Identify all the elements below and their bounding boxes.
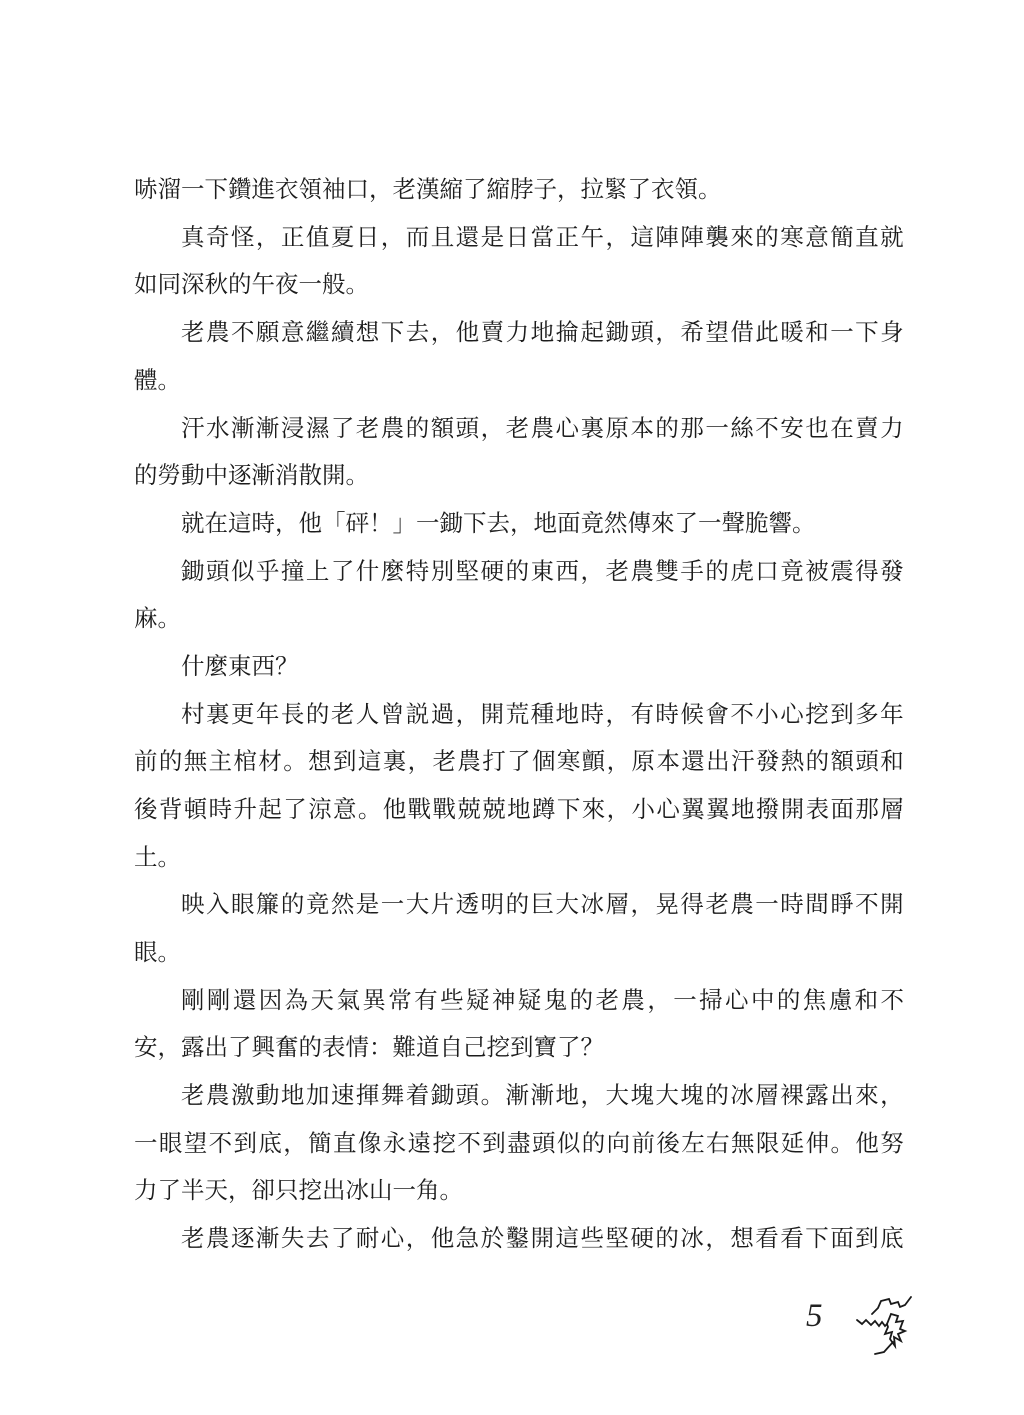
- text-line: 哧溜一下鑽進衣領袖口，老漢縮了縮脖子，拉緊了衣領。: [134, 166, 904, 214]
- book-page: 哧溜一下鑽進衣領袖口，老漢縮了縮脖子，拉緊了衣領。真奇怪，正值夏日，而且還是日當…: [0, 0, 1024, 1415]
- text-line: 土。: [134, 834, 904, 882]
- text-line: 映入眼簾的竟然是一大片透明的巨大冰層，晃得老農一時間睜不開: [134, 881, 904, 929]
- text-line: 老農逐漸失去了耐心，他急於鑿開這些堅硬的冰，想看看下面到底: [134, 1215, 904, 1263]
- text-line: 如同深秋的午夜一般。: [134, 261, 904, 309]
- text-line: 什麼東西？: [134, 643, 904, 691]
- text-line: 安，露出了興奮的表情：難道自己挖到寶了？: [134, 1024, 904, 1072]
- page-footer: 5: [0, 1280, 1024, 1370]
- text-line: 眼。: [134, 929, 904, 977]
- text-line: 老農激動地加速揮舞着鋤頭。漸漸地，大塊大塊的冰層裸露出來，: [134, 1072, 904, 1120]
- text-line: 老農不願意繼續想下去，他賣力地掄起鋤頭，希望借此暖和一下身: [134, 309, 904, 357]
- page-number: 5: [806, 1300, 823, 1333]
- text-line: 剛剛還因為天氣異常有些疑神疑鬼的老農，一掃心中的焦慮和不: [134, 977, 904, 1025]
- text-line: 汗水漸漸浸濕了老農的額頭，老農心裏原本的那一絲不安也在賣力: [134, 404, 904, 452]
- text-line: 鋤頭似乎撞上了什麼特別堅硬的東西，老農雙手的虎口竟被震得發: [134, 548, 904, 596]
- text-line: 真奇怪，正值夏日，而且還是日當正午，這陣陣襲來的寒意簡直就: [134, 214, 904, 262]
- text-line: 就在這時，他「砰！」一鋤下去，地面竟然傳來了一聲脆響。: [134, 500, 904, 548]
- body-text: 哧溜一下鑽進衣領袖口，老漢縮了縮脖子，拉緊了衣領。真奇怪，正值夏日，而且還是日當…: [134, 166, 904, 1263]
- text-line: 的勞動中逐漸消散開。: [134, 452, 904, 500]
- text-line: 體。: [134, 357, 904, 405]
- text-line: 前的無主棺材。想到這裏，老農打了個寒顫，原本還出汗發熱的額頭和: [134, 738, 904, 786]
- text-line: 後背頓時升起了涼意。他戰戰兢兢地蹲下來，小心翼翼地撥開表面那層: [134, 786, 904, 834]
- crack-ornament-icon: [848, 1284, 920, 1356]
- text-line: 力了半天，卻只挖出冰山一角。: [134, 1167, 904, 1215]
- text-line: 麻。: [134, 595, 904, 643]
- text-line: 村裏更年長的老人曾説過，開荒種地時，有時候會不小心挖到多年: [134, 691, 904, 739]
- text-line: 一眼望不到底，簡直像永遠挖不到盡頭似的向前後左右無限延伸。他努: [134, 1120, 904, 1168]
